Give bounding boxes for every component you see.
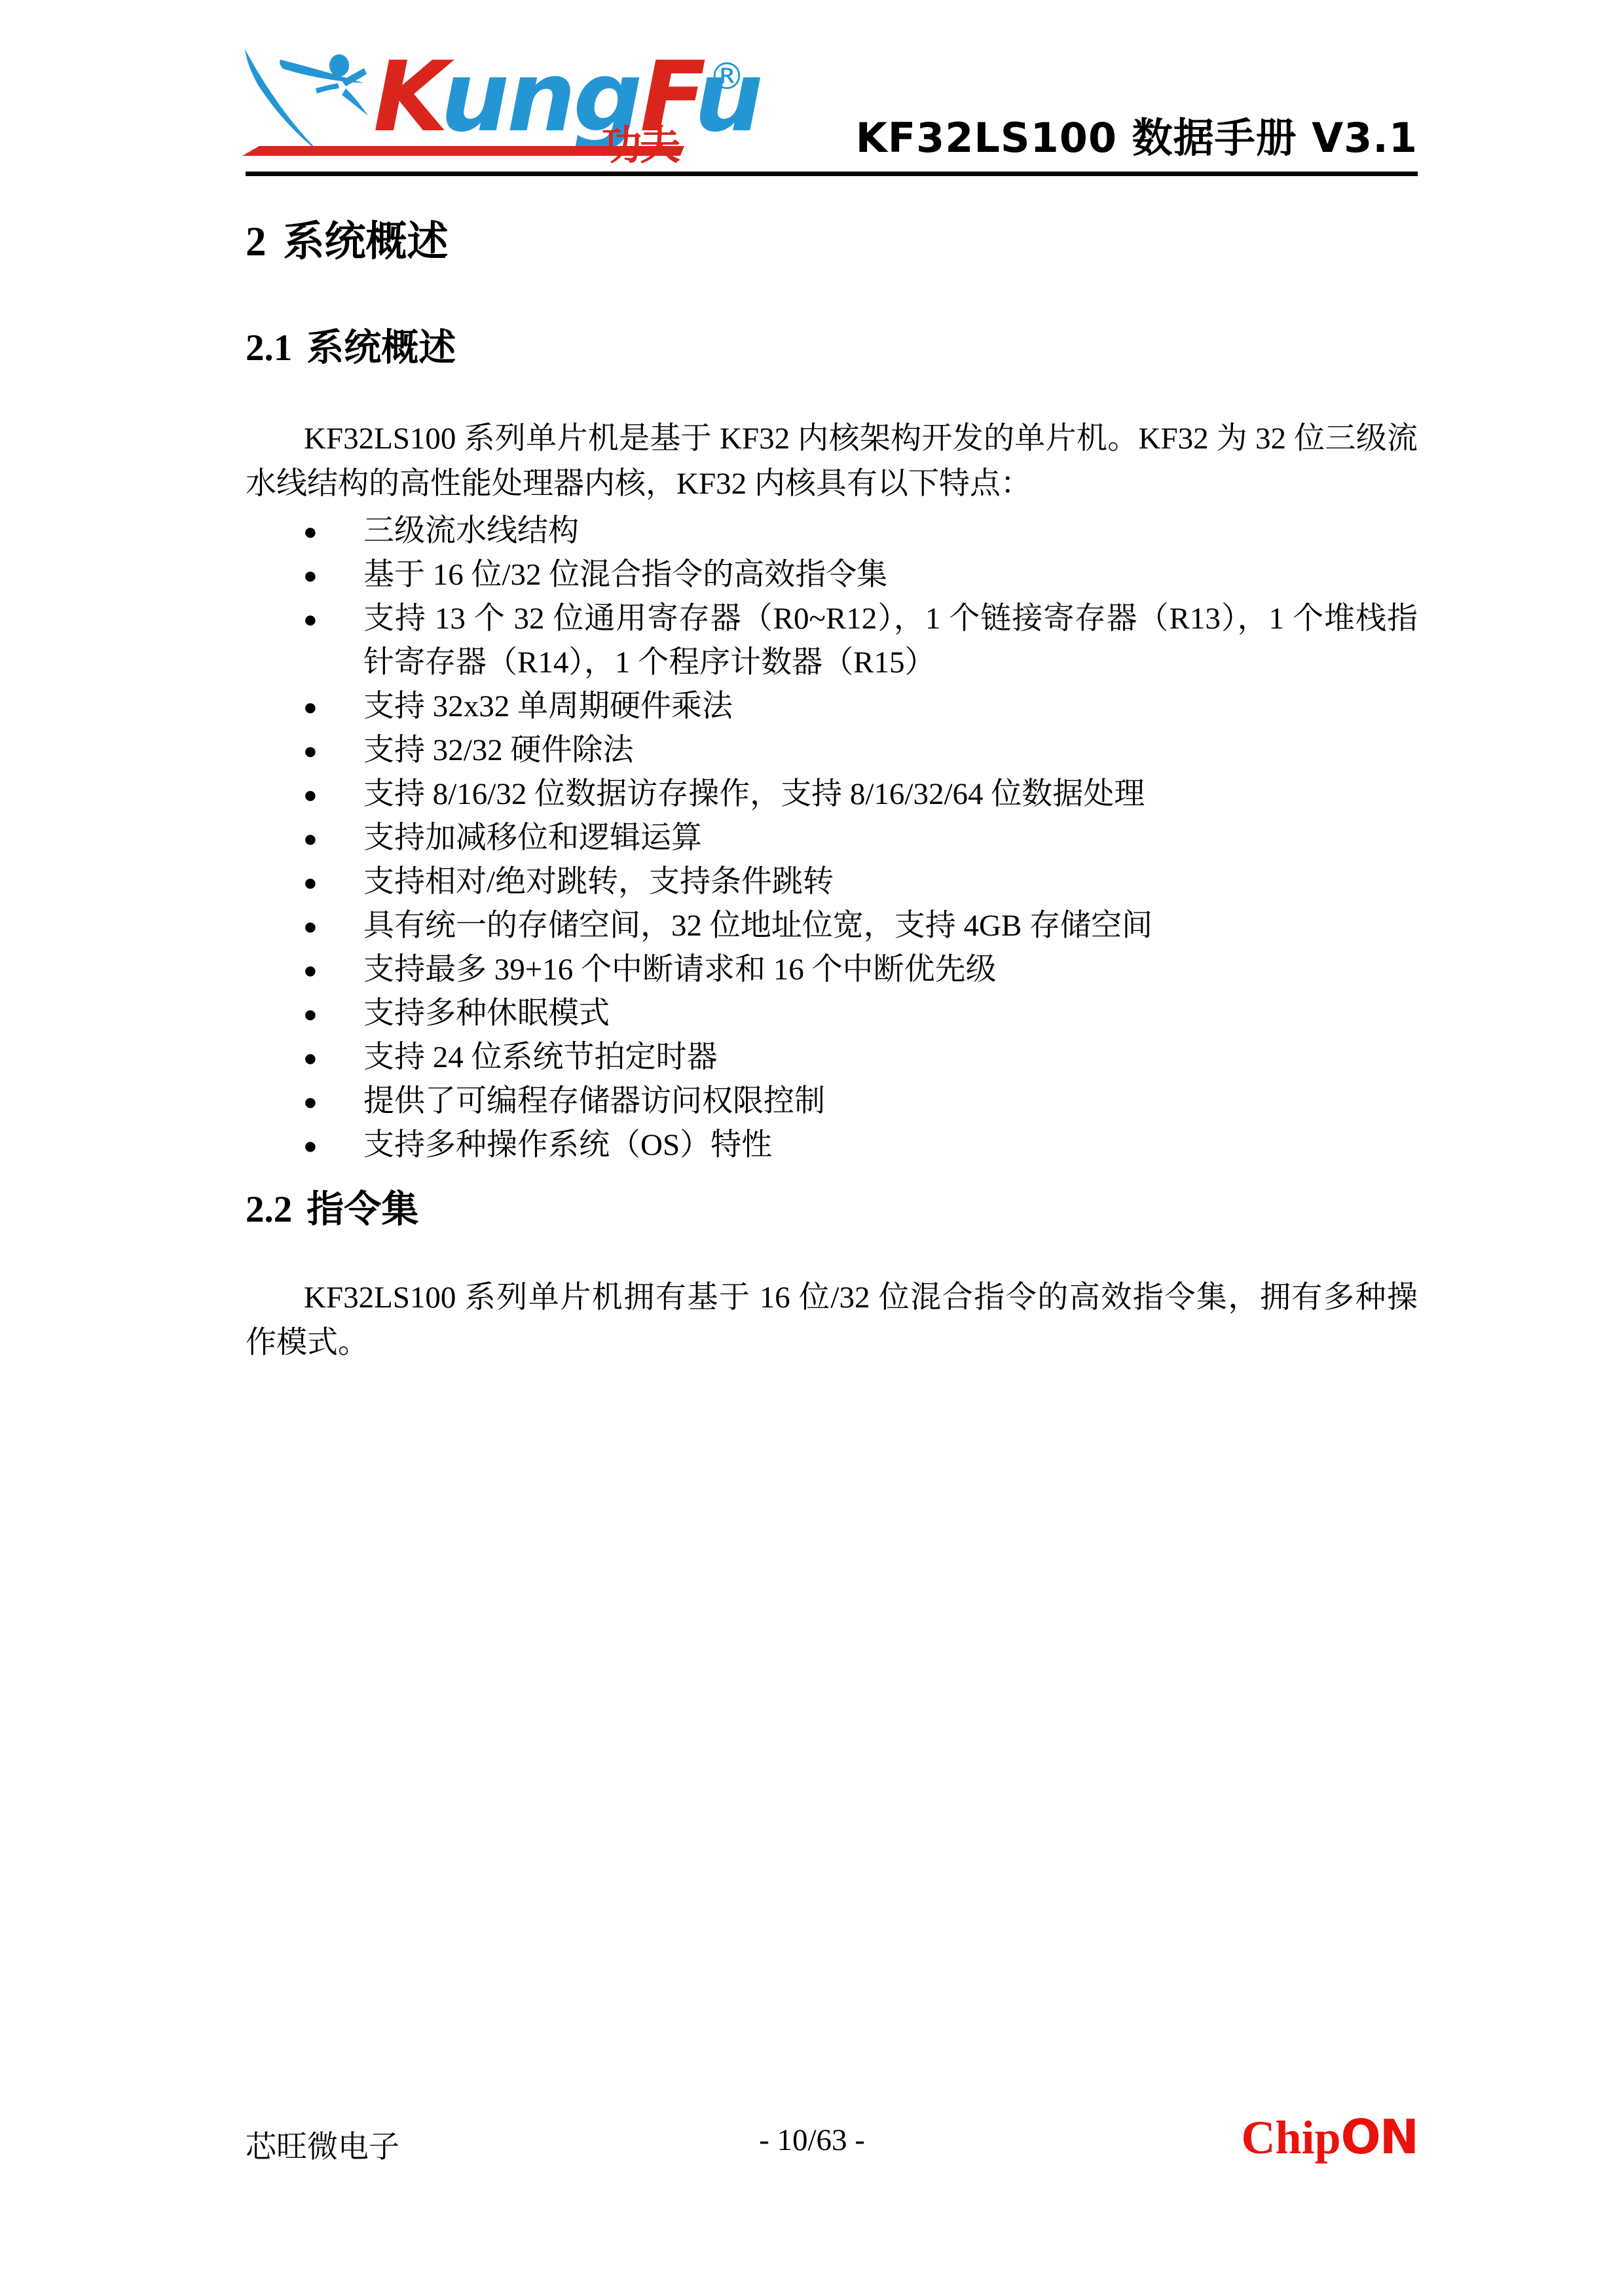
subsection-number: 2.1 xyxy=(246,327,292,369)
feature-list: ●三级流水线结构 ●基于 16 位/32 位混合指令的高效指令集 ●支持 13 … xyxy=(246,509,1418,1167)
bullet-icon: ● xyxy=(303,1036,318,1080)
feature-text: 基于 16 位/32 位混合指令的高效指令集 xyxy=(363,558,887,592)
subsection-number: 2.2 xyxy=(246,1189,292,1230)
feature-text: 支持相对/绝对跳转，支持条件跳转 xyxy=(363,865,834,899)
feature-text: 支持 8/16/32 位数据访存操作，支持 8/16/32/64 位数据处理 xyxy=(363,777,1145,811)
subsection-heading-2-1: 2.1系统概述 xyxy=(246,329,1418,367)
kungfu-wordmark: KungFu xyxy=(373,41,761,154)
bullet-icon: ● xyxy=(303,729,318,773)
feature-text: 支持 13 个 32 位通用寄存器（R0~R12），1 个链接寄存器（R13），… xyxy=(363,602,1418,680)
subsection-title: 指令集 xyxy=(306,1188,418,1231)
section-heading-2: 2系统概述 xyxy=(246,221,1418,263)
feature-text: 支持 24 位系统节拍定时器 xyxy=(363,1040,718,1074)
bullet-icon: ● xyxy=(303,598,318,642)
feature-item: ●支持多种休眠模式 xyxy=(246,992,1418,1036)
bullet-icon: ● xyxy=(303,1124,318,1168)
document-title: KF32LS100 数据手册 V3.1 xyxy=(856,118,1418,158)
bullet-icon: ● xyxy=(303,1080,318,1124)
feature-item: ●支持 8/16/32 位数据访存操作，支持 8/16/32/64 位数据处理 xyxy=(246,773,1418,816)
page-footer: 芯旺微电子 - 10/63 - ChipON xyxy=(246,2113,1418,2172)
chipon-logo-on: ON xyxy=(1341,2109,1418,2164)
feature-item: ●具有统一的存储空间，32 位地址位宽，支持 4GB 存储空间 xyxy=(246,904,1418,948)
bullet-icon: ● xyxy=(303,554,318,598)
kungfu-logo: KungFu ® 功夫 xyxy=(242,49,747,180)
feature-text: 具有统一的存储空间，32 位地址位宽，支持 4GB 存储空间 xyxy=(363,909,1153,943)
subsection-heading-2-2: 2.2指令集 xyxy=(246,1191,1418,1228)
bullet-icon: ● xyxy=(303,817,318,861)
bullet-icon: ● xyxy=(303,685,318,729)
paragraph-instruction-set: KF32LS100 系列单片机拥有基于 16 位/32 位混合指令的高效指令集，… xyxy=(246,1275,1418,1366)
registered-trademark-icon: ® xyxy=(709,56,745,98)
bullet-icon: ● xyxy=(303,773,318,817)
feature-item: ●支持 32/32 硬件除法 xyxy=(246,729,1418,773)
feature-item: ●支持 13 个 32 位通用寄存器（R0~R12），1 个链接寄存器（R13）… xyxy=(246,597,1418,685)
feature-item: ●支持加减移位和逻辑运算 xyxy=(246,816,1418,860)
feature-item: ●支持最多 39+16 个中断请求和 16 个中断优先级 xyxy=(246,948,1418,992)
bullet-icon: ● xyxy=(303,993,318,1036)
bullet-icon: ● xyxy=(303,510,318,554)
feature-text: 支持多种操作系统（OS）特性 xyxy=(363,1128,772,1162)
footer-company-name: 芯旺微电子 xyxy=(246,2123,399,2166)
feature-item: ●支持相对/绝对跳转，支持条件跳转 xyxy=(246,860,1418,904)
feature-text: 支持最多 39+16 个中断请求和 16 个中断优先级 xyxy=(363,953,997,987)
bullet-icon: ● xyxy=(303,949,318,993)
section-number: 2 xyxy=(246,219,267,264)
document-page: KungFu ® 功夫 KF32LS100 数据手册 V3.1 2系统概述 2.… xyxy=(0,0,1624,2296)
feature-item: ●支持多种操作系统（OS）特性 xyxy=(246,1123,1418,1167)
kungfu-figure-icon xyxy=(242,49,373,160)
chipon-logo-chip: Chip xyxy=(1241,2111,1340,2164)
feature-item: ●提供了可编程存储器访问权限控制 xyxy=(246,1080,1418,1123)
feature-item: ●支持 24 位系统节拍定时器 xyxy=(246,1036,1418,1080)
logo-chinese-name: 功夫 xyxy=(601,125,678,166)
feature-text: 支持加减移位和逻辑运算 xyxy=(363,821,702,855)
main-content: 2系统概述 2.1系统概述 KF32LS100 系列单片机是基于 KF32 内核… xyxy=(246,175,1418,1366)
feature-text: 三级流水线结构 xyxy=(363,514,579,548)
feature-text: 支持 32/32 硬件除法 xyxy=(363,733,634,767)
footer-page-number: - 10/63 - xyxy=(759,2123,865,2158)
paragraph-system-overview: KF32LS100 系列单片机是基于 KF32 内核架构开发的单片机。KF32 … xyxy=(246,416,1418,507)
bullet-icon: ● xyxy=(303,905,318,949)
chipon-logo: ChipON xyxy=(1241,2113,1418,2161)
feature-item: ●基于 16 位/32 位混合指令的高效指令集 xyxy=(246,553,1418,597)
section-title: 系统概述 xyxy=(284,217,449,265)
feature-item: ●支持 32x32 单周期硬件乘法 xyxy=(246,685,1418,729)
brand-letter-k: K xyxy=(373,41,441,153)
feature-item: ●三级流水线结构 xyxy=(246,509,1418,553)
feature-text: 支持 32x32 单周期硬件乘法 xyxy=(363,689,733,723)
feature-text: 提供了可编程存储器访问权限控制 xyxy=(363,1084,825,1118)
feature-text: 支持多种休眠模式 xyxy=(363,996,610,1030)
subsection-title: 系统概述 xyxy=(306,326,456,369)
bullet-icon: ● xyxy=(303,861,318,905)
